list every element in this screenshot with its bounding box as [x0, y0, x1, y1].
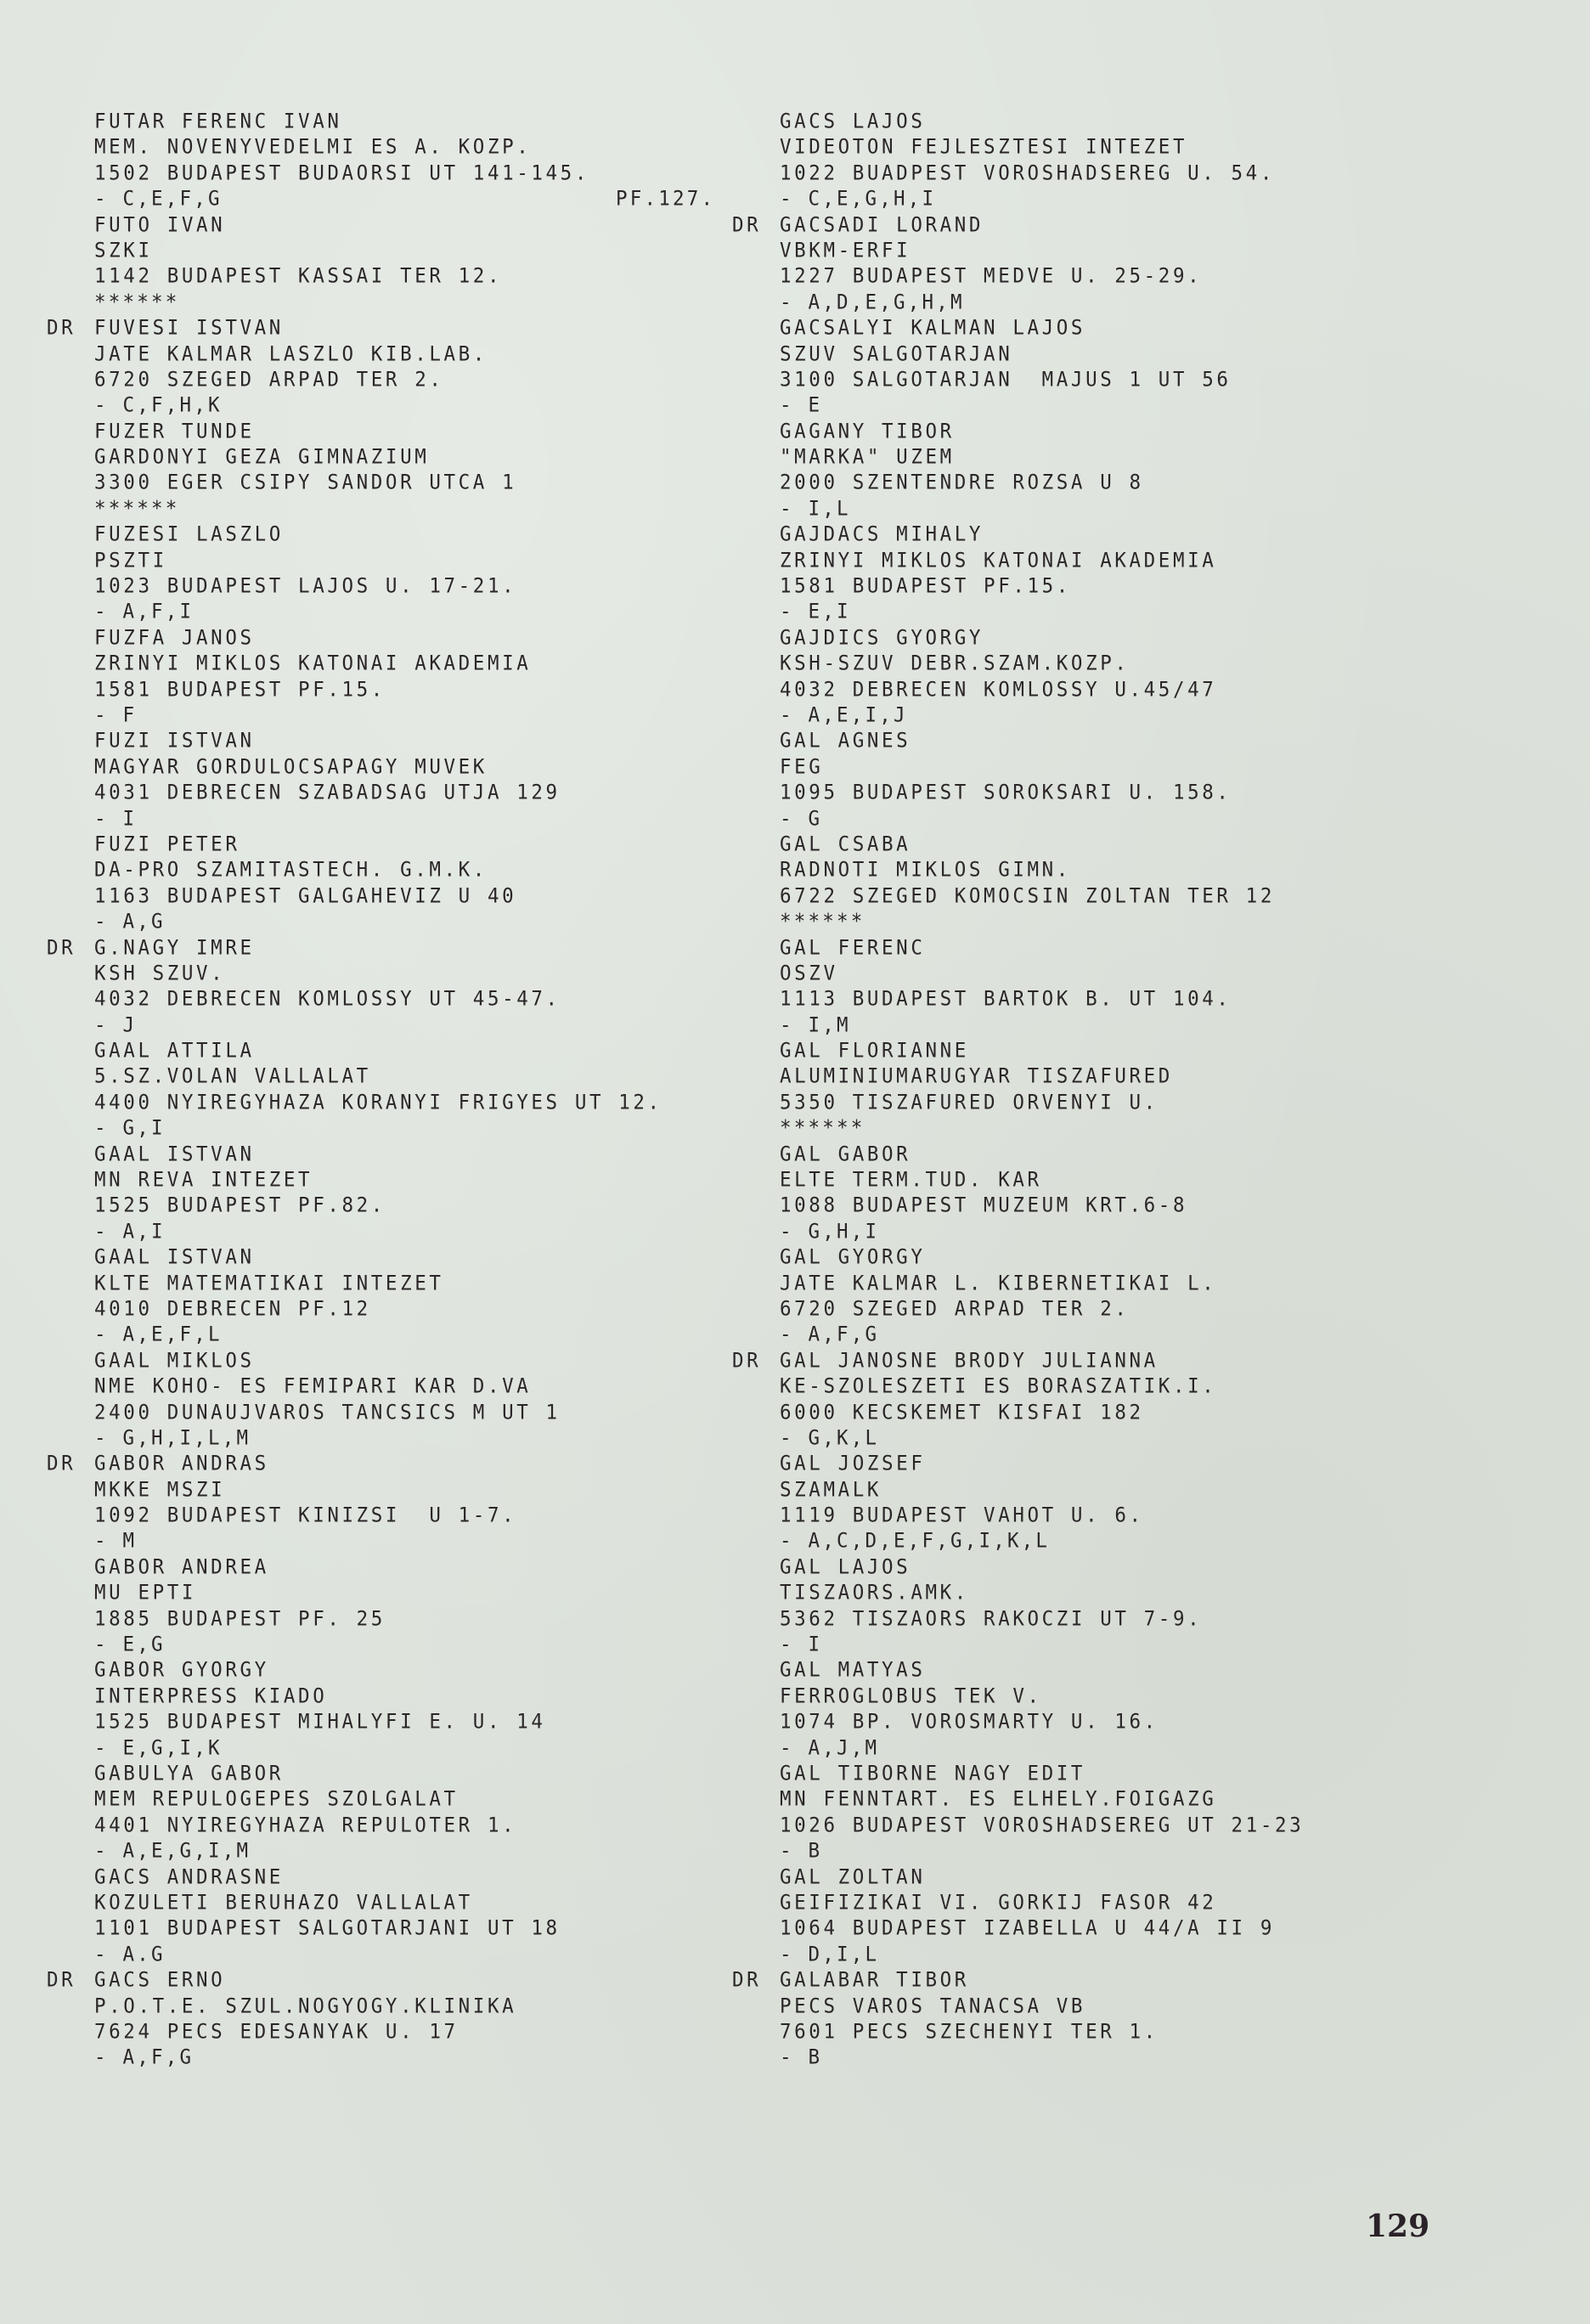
- entry-organization: P.O.T.E. SZUL.NOGYOGY.KLINIKA: [94, 1994, 516, 2017]
- entry-name: GAL AGNES: [780, 730, 911, 753]
- entry-organization: VBKM-ERFI: [780, 239, 911, 262]
- entry-name-line: DRFUVESI ISTVAN: [47, 314, 662, 341]
- entry-codes-line: - C,F,H,K: [47, 392, 662, 420]
- entry-organization-line: PECS VAROS TANACSA VB: [732, 1993, 1304, 2020]
- directory-entry: GABOR ANDREAMU EPTI1885 BUDAPEST PF. 25-…: [47, 1554, 662, 1658]
- entry-organization-line: ZRINYI MIKLOS KATONAI AKADEMIA: [47, 650, 662, 677]
- entry-codes: - M: [94, 1530, 137, 1553]
- entry-address-line: 1026 BUDAPEST VOROSHADSEREG UT 21-23: [732, 1812, 1304, 1839]
- entry-name-line: DRGAL JANOSNE BRODY JULIANNA: [732, 1347, 1304, 1374]
- entry-name-line: FUZER TUNDE: [47, 418, 662, 445]
- entry-address-line: 1525 BUDAPEST MIHALYFI E. U. 14: [47, 1708, 662, 1735]
- entry-address: 1119 BUDAPEST VAHOT U. 6.: [780, 1503, 1144, 1526]
- entry-address-line: 5350 TISZAFURED ORVENYI U.: [732, 1089, 1304, 1116]
- entry-name: FUTO IVAN: [94, 213, 225, 236]
- left-column: FUTAR FERENC IVANMEM. NOVENYVEDELMI ES A…: [47, 109, 662, 2071]
- entry-name-line: FUZI PETER: [47, 831, 662, 858]
- title-prefix: DR: [47, 1966, 91, 1994]
- entry-address: 4031 DEBRECEN SZABADSAG UTJA 129: [94, 781, 561, 804]
- entry-codes: - A,F,G: [780, 1323, 879, 1346]
- entry-address-line: 1101 BUDAPEST SALGOTARJANI UT 18: [47, 1915, 662, 1943]
- entry-name: GABOR ANDRAS: [94, 1452, 269, 1475]
- entry-name-line: DRGABOR ANDRAS: [47, 1451, 662, 1478]
- entry-name: GABOR ANDREA: [94, 1555, 269, 1578]
- entry-name: GABOR GYORGY: [94, 1659, 269, 1682]
- entry-name-line: GAL AGNES: [732, 728, 1304, 755]
- entry-organization-line: GEIFIZIKAI VI. GORKIJ FASOR 42: [732, 1889, 1304, 1916]
- entry-address: 7601 PECS SZECHENYI TER 1.: [780, 2020, 1159, 2043]
- entry-codes: ******: [94, 497, 179, 520]
- entry-address-line: 2400 DUNAUJVAROS TANCSICS M UT 1: [47, 1399, 662, 1426]
- entry-codes: - I,L: [780, 497, 851, 520]
- entry-organization: TISZAORS.AMK.: [780, 1582, 969, 1605]
- entry-codes-line: - E,G,I,K: [47, 1735, 662, 1762]
- entry-address-line: 4010 DEBRECEN PF.12: [47, 1295, 662, 1323]
- entry-organization-line: P.O.T.E. SZUL.NOGYOGY.KLINIKA: [47, 1993, 662, 2020]
- entry-organization: SZAMALK: [780, 1478, 882, 1501]
- entry-codes-line: ******: [732, 1114, 1304, 1142]
- directory-entry: DRGAL JANOSNE BRODY JULIANNAKE-SZOLESZET…: [732, 1348, 1304, 1452]
- entry-codes: - E,G: [94, 1633, 166, 1656]
- entry-codes: - A,F,I: [94, 601, 194, 623]
- title-prefix: DR: [47, 314, 91, 341]
- entry-codes: - D,I,L: [780, 1943, 879, 1966]
- entry-name-line: DRGALABAR TIBOR: [732, 1966, 1304, 1994]
- entry-address-line: 1581 BUDAPEST PF.15.: [47, 676, 662, 703]
- entry-name-line: DRGACSADI LORAND: [732, 212, 1304, 239]
- entry-address-line: 1088 BUDAPEST MUZEUM KRT.6-8: [732, 1193, 1304, 1220]
- entry-name: FUZFA JANOS: [94, 626, 255, 649]
- entry-codes-line: - I,M: [732, 1012, 1304, 1039]
- page-number: 129: [1366, 2208, 1429, 2244]
- entry-address: 1092 BUDAPEST KINIZSI U 1-7.: [94, 1503, 516, 1526]
- entry-codes-line: - G,I: [47, 1114, 662, 1142]
- directory-entry: GAAL ISTVANMN REVA INTEZET1525 BUDAPEST …: [47, 1142, 662, 1245]
- entry-address-line: 6000 KECSKEMET KISFAI 182: [732, 1399, 1304, 1426]
- entry-address: 1227 BUDAPEST MEDVE U. 25-29.: [780, 265, 1202, 288]
- entry-codes-line: - A,F,G: [47, 2045, 662, 2072]
- entry-name-line: GACS LAJOS: [732, 108, 1304, 135]
- entry-codes-line: - M: [47, 1528, 662, 1555]
- entry-address: 1525 BUDAPEST MIHALYFI E. U. 14: [94, 1711, 546, 1734]
- entry-address-line: 1885 BUDAPEST PF. 25: [47, 1605, 662, 1633]
- title-prefix: DR: [732, 1347, 776, 1374]
- entry-organization-line: DA-PRO SZAMITASTECH. G.M.K.: [47, 857, 662, 884]
- directory-entry: GABOR GYORGYINTERPRESS KIADO1525 BUDAPES…: [47, 1657, 662, 1761]
- directory-entry: DRG.NAGY IMREKSH SZUV.4032 DEBRECEN KOML…: [47, 935, 662, 1039]
- entry-name: GACS ERNO: [94, 1968, 225, 1991]
- directory-entry: GACS ANDRASNEKOZULETI BERUHAZO VALLALAT1…: [47, 1864, 662, 1968]
- entry-name-line: GAAL ATTILA: [47, 1037, 662, 1064]
- entry-address-line: 3100 SALGOTARJAN MAJUS 1 UT 56: [732, 366, 1304, 393]
- entry-codes: - C,F,H,K: [94, 394, 223, 417]
- entry-organization: KSH-SZUV DEBR.SZAM.KOZP.: [780, 652, 1130, 675]
- entry-codes-line: - A,E,G,I,M: [47, 1837, 662, 1864]
- entry-organization: MEM. NOVENYVEDELMI ES A. KOZP.: [94, 136, 531, 159]
- entry-name-line: GAL GYORGY: [732, 1244, 1304, 1271]
- entry-organization: MU EPTI: [94, 1582, 196, 1605]
- entry-address-line: 1119 BUDAPEST VAHOT U. 6.: [732, 1502, 1304, 1529]
- entry-organization-line: KOZULETI BERUHAZO VALLALAT: [47, 1889, 662, 1916]
- entry-codes: - G,K,L: [780, 1426, 879, 1449]
- entry-address-line: 1525 BUDAPEST PF.82.: [47, 1193, 662, 1220]
- entry-name: FUZI PETER: [94, 832, 240, 855]
- entry-organization: 5.SZ.VOLAN VALLALAT: [94, 1065, 371, 1088]
- entry-address-line: 1502 BUDAPEST BUDAORSI UT 141-145.: [47, 160, 662, 187]
- entry-name-line: GAAL ISTVAN: [47, 1244, 662, 1271]
- entry-address-line: 4400 NYIREGYHAZA KORANYI FRIGYES UT 12.: [47, 1089, 662, 1116]
- directory-entry: GAL GABORELTE TERM.TUD. KAR1088 BUDAPEST…: [732, 1142, 1304, 1245]
- entry-organization-line: KLTE MATEMATIKAI INTEZET: [47, 1270, 662, 1297]
- entry-codes-line: - E: [732, 392, 1304, 420]
- entry-organization-line: MEM. NOVENYVEDELMI ES A. KOZP.: [47, 134, 662, 161]
- right-column: GACS LAJOSVIDEOTON FEJLESZTESI INTEZET10…: [732, 109, 1304, 2071]
- title-prefix: DR: [732, 212, 776, 239]
- entry-name: FUVESI ISTVAN: [94, 316, 284, 339]
- entry-name: GAJDACS MIHALY: [780, 523, 984, 546]
- entry-organization: "MARKA" UZEM: [780, 445, 955, 468]
- entry-name-line: DRG.NAGY IMRE: [47, 934, 662, 962]
- entry-name: GAAL MIKLOS: [94, 1349, 255, 1372]
- directory-entry: GAL MATYASFERROGLOBUS TEK V.1074 BP. VOR…: [732, 1657, 1304, 1761]
- entry-organization-line: JATE KALMAR L. KIBERNETIKAI L.: [732, 1270, 1304, 1297]
- entry-name: GAL GYORGY: [780, 1246, 925, 1269]
- directory-entry: GAAL ATTILA5.SZ.VOLAN VALLALAT4400 NYIRE…: [47, 1038, 662, 1142]
- entry-organization: INTERPRESS KIADO: [94, 1684, 327, 1707]
- directory-entry: GAJDACS MIHALYZRINYI MIKLOS KATONAI AKAD…: [732, 522, 1304, 625]
- entry-organization-line: "MARKA" UZEM: [732, 443, 1304, 471]
- entry-codes-line: - A,I: [47, 1218, 662, 1245]
- entry-address: 1581 BUDAPEST PF.15.: [780, 574, 1071, 597]
- entry-codes: - G,H,I,L,M: [94, 1426, 251, 1449]
- entry-organization-line: FEG: [732, 753, 1304, 781]
- entry-address-line: 6720 SZEGED ARPAD TER 2.: [47, 366, 662, 393]
- entry-name: GAGANY TIBOR: [780, 420, 955, 443]
- entry-organization: ZRINYI MIKLOS KATONAI AKADEMIA: [94, 652, 531, 675]
- entry-organization: JATE KALMAR L. KIBERNETIKAI L.: [780, 1272, 1216, 1295]
- entry-name-line: GAL MATYAS: [732, 1657, 1304, 1684]
- entry-organization-line: 5.SZ.VOLAN VALLALAT: [47, 1063, 662, 1091]
- entry-address: 3300 EGER CSIPY SANDOR UTCA 1: [94, 471, 516, 494]
- entry-address-line: 1022 BUADPEST VOROSHADSEREG U. 54.: [732, 160, 1304, 187]
- entry-address-line: 5362 TISZAORS RAKOCZI UT 7-9.: [732, 1605, 1304, 1633]
- entry-codes-line: - G: [732, 805, 1304, 832]
- entry-organization-line: FERROGLOBUS TEK V.: [732, 1683, 1304, 1710]
- entry-codes-line: - A,F,G: [732, 1322, 1304, 1349]
- entry-codes: - G,I: [94, 1117, 166, 1140]
- entry-address: 1142 BUDAPEST KASSAI TER 12.: [94, 265, 502, 288]
- directory-entry: GAGANY TIBOR"MARKA" UZEM2000 SZENTENDRE …: [732, 419, 1304, 522]
- entry-codes-line: - F: [47, 702, 662, 729]
- entry-codes-line: - B: [732, 2045, 1304, 2072]
- entry-organization-line: VBKM-ERFI: [732, 237, 1304, 264]
- entry-address: 1101 BUDAPEST SALGOTARJANI UT 18: [94, 1917, 561, 1940]
- entry-name-line: GAL TIBORNE NAGY EDIT: [732, 1760, 1304, 1787]
- entry-codes-line: - G,H,I,L,M: [47, 1424, 662, 1452]
- entry-codes: - F: [94, 703, 137, 726]
- entry-name: GAL MATYAS: [780, 1659, 925, 1682]
- entry-address-line: 6720 SZEGED ARPAD TER 2.: [732, 1295, 1304, 1323]
- entry-name: GAL LAJOS: [780, 1555, 911, 1578]
- entry-name-line: GACSALYI KALMAN LAJOS: [732, 314, 1304, 341]
- entry-address: 1502 BUDAPEST BUDAORSI UT 141-145.: [94, 161, 589, 184]
- entry-codes-line: - I: [47, 805, 662, 832]
- entry-name-line: GAL GABOR: [732, 1141, 1304, 1168]
- entry-codes: - A.G: [94, 1943, 166, 1966]
- entry-codes: - A,C,D,E,F,G,I,K,L: [780, 1530, 1050, 1553]
- entry-organization-line: OSZV: [732, 960, 1304, 987]
- entry-organization-line: MKKE MSZI: [47, 1476, 662, 1503]
- entry-codes-line: - A,J,M: [732, 1735, 1304, 1762]
- entry-organization: RADNOTI MIKLOS GIMN.: [780, 859, 1071, 882]
- entry-codes-line: - E,G: [47, 1631, 662, 1658]
- entry-address-line: 1064 BUDAPEST IZABELLA U 44/A II 9: [732, 1915, 1304, 1943]
- entry-name: GAL JOZSEF: [780, 1452, 925, 1475]
- entry-name: GAL FLORIANNE: [780, 1039, 969, 1062]
- directory-entry: DRGACSADI LORANDVBKM-ERFI1227 BUDAPEST M…: [732, 212, 1304, 316]
- entry-name: G.NAGY IMRE: [94, 936, 255, 959]
- entry-address: 4400 NYIREGYHAZA KORANYI FRIGYES UT 12.: [94, 1091, 662, 1114]
- entry-organization-line: MN FENNTART. ES ELHELY.FOIGAZG: [732, 1786, 1304, 1814]
- entry-codes: - E,I: [780, 601, 851, 623]
- entry-name-line: DRGACS ERNO: [47, 1966, 662, 1994]
- entry-address: 2400 DUNAUJVAROS TANCSICS M UT 1: [94, 1401, 561, 1424]
- entry-organization: VIDEOTON FEJLESZTESI INTEZET: [780, 136, 1187, 159]
- directory-entry: GACSALYI KALMAN LAJOSSZUV SALGOTARJAN310…: [732, 315, 1304, 419]
- entry-name-line: FUZFA JANOS: [47, 624, 662, 652]
- entry-name: GAAL ATTILA: [94, 1039, 255, 1062]
- directory-entry: GACS LAJOSVIDEOTON FEJLESZTESI INTEZET10…: [732, 109, 1304, 212]
- entry-organization-line: KSH SZUV.: [47, 960, 662, 987]
- entry-organization: GARDONYI GEZA GIMNAZIUM: [94, 445, 429, 468]
- entry-organization: FERROGLOBUS TEK V.: [780, 1684, 1042, 1707]
- entry-name-line: GAGANY TIBOR: [732, 418, 1304, 445]
- entry-codes-line: - A.G: [47, 1941, 662, 1968]
- entry-codes: ******: [780, 1117, 865, 1140]
- entry-name-line: GACS ANDRASNE: [47, 1864, 662, 1891]
- entry-address: 5350 TISZAFURED ORVENYI U.: [780, 1091, 1159, 1114]
- entry-organization: KLTE MATEMATIKAI INTEZET: [94, 1272, 444, 1295]
- entry-address: 1095 BUDAPEST SOROKSARI U. 158.: [780, 781, 1232, 804]
- entry-address-line: 1163 BUDAPEST GALGAHEVIZ U 40: [47, 883, 662, 910]
- entry-address: 1885 BUDAPEST PF. 25: [94, 1607, 386, 1630]
- entry-address: 6720 SZEGED ARPAD TER 2.: [780, 1297, 1130, 1320]
- entry-codes: - A,I: [94, 1220, 166, 1243]
- directory-entry: GAL GYORGYJATE KALMAR L. KIBERNETIKAI L.…: [732, 1244, 1304, 1348]
- entry-organization-line: MAGYAR GORDULOCSAPAGY MUVEK: [47, 753, 662, 781]
- entry-codes-line: ******: [47, 289, 662, 316]
- entry-codes-line: - E,I: [732, 599, 1304, 626]
- entry-organization: JATE KALMAR LASZLO KIB.LAB.: [94, 342, 488, 365]
- entry-address: 1088 BUDAPEST MUZEUM KRT.6-8: [780, 1194, 1187, 1217]
- entry-organization: MN FENNTART. ES ELHELY.FOIGAZG: [780, 1788, 1216, 1811]
- entry-name-line: GABULYA GABOR: [47, 1760, 662, 1787]
- directory-entry: GAL AGNESFEG1095 BUDAPEST SOROKSARI U. 1…: [732, 728, 1304, 832]
- entry-codes-line: - B: [732, 1837, 1304, 1864]
- entry-name-line: GABOR ANDREA: [47, 1554, 662, 1581]
- entry-organization: KOZULETI BERUHAZO VALLALAT: [94, 1891, 473, 1914]
- entry-name: GAAL ISTVAN: [94, 1142, 255, 1165]
- entry-name: FUZER TUNDE: [94, 420, 255, 443]
- entry-codes: - A,J,M: [780, 1736, 879, 1759]
- entry-name: GABULYA GABOR: [94, 1762, 284, 1785]
- directory-entry: GAL LAJOSTISZAORS.AMK.5362 TISZAORS RAKO…: [732, 1554, 1304, 1658]
- entry-address: 6720 SZEGED ARPAD TER 2.: [94, 368, 444, 391]
- entry-name-line: FUZI ISTVAN: [47, 728, 662, 755]
- directory-entry: GAL CSABARADNOTI MIKLOS GIMN.6722 SZEGED…: [732, 832, 1304, 935]
- entry-organization: GEIFIZIKAI VI. GORKIJ FASOR 42: [780, 1891, 1216, 1914]
- directory-entry: FUZFA JANOSZRINYI MIKLOS KATONAI AKADEMI…: [47, 625, 662, 729]
- entry-organization-line: KE-SZOLESZETI ES BORASZATIK.I.: [732, 1373, 1304, 1400]
- entry-codes-line: ******: [732, 908, 1304, 935]
- entry-address: 5362 TISZAORS RAKOCZI UT 7-9.: [780, 1607, 1202, 1630]
- entry-codes: - J: [94, 1013, 137, 1036]
- entry-name: GAL FERENC: [780, 936, 925, 959]
- entry-name-line: GAAL MIKLOS: [47, 1347, 662, 1374]
- entry-codes: - A,G: [94, 910, 166, 933]
- entry-address: 1163 BUDAPEST GALGAHEVIZ U 40: [94, 884, 516, 907]
- entry-name-line: FUTO IVAN: [47, 212, 662, 239]
- entry-codes: ******: [94, 290, 179, 313]
- entry-address: 4401 NYIREGYHAZA REPULOTER 1.: [94, 1814, 516, 1836]
- entry-codes: - C,E,F,G: [94, 188, 223, 211]
- entry-codes: - I: [780, 1633, 822, 1656]
- directory-entry: DRGALABAR TIBORPECS VAROS TANACSA VB7601…: [732, 1967, 1304, 2071]
- entry-organization: MEM REPULOGEPES SZOLGALAT: [94, 1788, 459, 1811]
- entry-organization: MAGYAR GORDULOCSAPAGY MUVEK: [94, 755, 488, 778]
- entry-name: GACS LAJOS: [780, 110, 925, 133]
- entry-codes-line: ******: [47, 495, 662, 522]
- entry-address: 4010 DEBRECEN PF.12: [94, 1297, 371, 1320]
- entry-codes-line: - A,E,I,J: [732, 702, 1304, 729]
- entry-codes: - A,E,I,J: [780, 703, 908, 726]
- entry-address: 4032 DEBRECEN KOMLOSSY U.45/47: [780, 678, 1216, 701]
- entry-name: GAL JANOSNE BRODY JULIANNA: [780, 1349, 1159, 1372]
- entry-organization-line: SZAMALK: [732, 1476, 1304, 1503]
- entry-name: GAL GABOR: [780, 1142, 911, 1165]
- entry-organization-line: MEM REPULOGEPES SZOLGALAT: [47, 1786, 662, 1814]
- entry-name: GACS ANDRASNE: [94, 1865, 284, 1888]
- entry-organization-line: VIDEOTON FEJLESZTESI INTEZET: [732, 134, 1304, 161]
- entry-name-line: GAL JOZSEF: [732, 1451, 1304, 1478]
- entry-name: GACSADI LORAND: [780, 213, 984, 236]
- entry-address-line: 1113 BUDAPEST BARTOK B. UT 104.: [732, 986, 1304, 1013]
- entry-organization: ELTE TERM.TUD. KAR: [780, 1168, 1042, 1191]
- directory-entry: GAL ZOLTANGEIFIZIKAI VI. GORKIJ FASOR 42…: [732, 1864, 1304, 1968]
- title-prefix: DR: [47, 934, 91, 962]
- entry-codes-line: - G,K,L: [732, 1424, 1304, 1452]
- entry-organization-line: SZUV SALGOTARJAN: [732, 341, 1304, 368]
- entry-address-line: 1023 BUDAPEST LAJOS U. 17-21.: [47, 573, 662, 600]
- entry-name: GAL CSABA: [780, 832, 911, 855]
- entry-address: 1064 BUDAPEST IZABELLA U 44/A II 9: [780, 1917, 1275, 1940]
- entry-organization: SZKI: [94, 239, 153, 262]
- entry-name-line: GAL LAJOS: [732, 1554, 1304, 1581]
- entry-address-line: 4032 DEBRECEN KOMLOSSY UT 45-47.: [47, 986, 662, 1013]
- entry-address-line: 7601 PECS SZECHENYI TER 1.: [732, 2018, 1304, 2045]
- directory-entry: GAAL MIKLOSNME KOHO- ES FEMIPARI KAR D.V…: [47, 1348, 662, 1452]
- entry-organization-line: GARDONYI GEZA GIMNAZIUM: [47, 443, 662, 471]
- entry-organization: NME KOHO- ES FEMIPARI KAR D.VA: [94, 1374, 531, 1397]
- entry-name-line: GAL FLORIANNE: [732, 1037, 1304, 1064]
- entry-codes-line: - D,I,L: [732, 1941, 1304, 1968]
- directory-entry: FUZI PETERDA-PRO SZAMITASTECH. G.M.K.116…: [47, 832, 662, 935]
- entry-organization: PECS VAROS TANACSA VB: [780, 1994, 1085, 2017]
- entry-codes-line: - I,L: [732, 495, 1304, 522]
- entry-address-line: 6722 SZEGED KOMOCSIN ZOLTAN TER 12: [732, 883, 1304, 910]
- entry-codes-line: - C,E,F,GPF.127.: [47, 185, 662, 212]
- entry-codes: - A,E,F,L: [94, 1323, 223, 1346]
- entry-name: GAL ZOLTAN: [780, 1865, 925, 1888]
- entry-address: 1113 BUDAPEST BARTOK B. UT 104.: [780, 988, 1232, 1011]
- entry-address: 3100 SALGOTARJAN MAJUS 1 UT 56: [780, 368, 1232, 391]
- directory-entry: FUZI ISTVANMAGYAR GORDULOCSAPAGY MUVEK40…: [47, 728, 662, 832]
- entry-name: GAAL ISTVAN: [94, 1246, 255, 1269]
- entry-organization: ZRINYI MIKLOS KATONAI AKADEMIA: [780, 549, 1216, 572]
- entry-address-line: 1095 BUDAPEST SOROKSARI U. 158.: [732, 779, 1304, 806]
- entry-codes-line: - G,H,I: [732, 1218, 1304, 1245]
- entry-codes: - I,M: [780, 1013, 851, 1036]
- entry-address: 1022 BUADPEST VOROSHADSEREG U. 54.: [780, 161, 1275, 184]
- entry-codes: - A,E,G,I,M: [94, 1840, 251, 1863]
- directory-entry: GAL TIBORNE NAGY EDITMN FENNTART. ES ELH…: [732, 1761, 1304, 1864]
- entry-name-line: GABOR GYORGY: [47, 1657, 662, 1684]
- entry-name: FUZESI LASZLO: [94, 523, 284, 546]
- entry-postbox-note: PF.127.: [616, 185, 715, 212]
- entry-address: 4032 DEBRECEN KOMLOSSY UT 45-47.: [94, 988, 561, 1011]
- entry-organization: ALUMINIUMARUGYAR TISZAFURED: [780, 1065, 1173, 1088]
- entry-organization-line: NME KOHO- ES FEMIPARI KAR D.VA: [47, 1373, 662, 1400]
- directory-entry: GAL FLORIANNEALUMINIUMARUGYAR TISZAFURED…: [732, 1038, 1304, 1142]
- entry-organization: MKKE MSZI: [94, 1478, 225, 1501]
- entry-codes: - G: [780, 807, 822, 830]
- entry-codes: - B: [780, 1840, 822, 1863]
- entry-organization: OSZV: [780, 962, 838, 984]
- entry-address-line: 1092 BUDAPEST KINIZSI U 1-7.: [47, 1502, 662, 1529]
- entry-name-line: GAAL ISTVAN: [47, 1141, 662, 1168]
- entry-name-line: GAL CSABA: [732, 831, 1304, 858]
- entry-name: GAJDICS GYORGY: [780, 626, 984, 649]
- directory-entry: DRGACS ERNOP.O.T.E. SZUL.NOGYOGY.KLINIKA…: [47, 1967, 662, 2071]
- entry-organization: KE-SZOLESZETI ES BORASZATIK.I.: [780, 1374, 1216, 1397]
- entry-codes-line: - C,E,G,H,I: [732, 185, 1304, 212]
- entry-codes: - A,D,E,G,H,M: [780, 290, 965, 313]
- entry-address-line: 4031 DEBRECEN SZABADSAG UTJA 129: [47, 779, 662, 806]
- title-prefix: DR: [47, 1451, 91, 1478]
- entry-codes-line: - A,G: [47, 908, 662, 935]
- entry-name-line: GAL ZOLTAN: [732, 1864, 1304, 1891]
- entry-organization: MN REVA INTEZET: [94, 1168, 313, 1191]
- entry-address-line: 4401 NYIREGYHAZA REPULOTER 1.: [47, 1812, 662, 1839]
- entry-name: GALABAR TIBOR: [780, 1968, 969, 1991]
- entry-organization-line: JATE KALMAR LASZLO KIB.LAB.: [47, 341, 662, 368]
- entry-organization-line: ZRINYI MIKLOS KATONAI AKADEMIA: [732, 547, 1304, 574]
- directory-entry: GABULYA GABORMEM REPULOGEPES SZOLGALAT44…: [47, 1761, 662, 1864]
- entry-name: FUTAR FERENC IVAN: [94, 110, 341, 133]
- entry-address: 1074 BP. VOROSMARTY U. 16.: [780, 1711, 1159, 1734]
- entry-codes: ******: [780, 910, 865, 933]
- entry-name-line: GAL FERENC: [732, 934, 1304, 962]
- directory-entry: FUTO IVANSZKI1142 BUDAPEST KASSAI TER 12…: [47, 212, 662, 316]
- entry-organization-line: ELTE TERM.TUD. KAR: [732, 1166, 1304, 1193]
- entry-organization-line: PSZTI: [47, 547, 662, 574]
- entry-organization-line: TISZAORS.AMK.: [732, 1580, 1304, 1607]
- entry-name: GAL TIBORNE NAGY EDIT: [780, 1762, 1085, 1785]
- entry-organization: DA-PRO SZAMITASTECH. G.M.K.: [94, 859, 488, 882]
- entry-address: 7624 PECS EDESANYAK U. 17: [94, 2020, 459, 2043]
- directory-entry: FUZESI LASZLOPSZTI1023 BUDAPEST LAJOS U.…: [47, 522, 662, 625]
- entry-address-line: 3300 EGER CSIPY SANDOR UTCA 1: [47, 470, 662, 497]
